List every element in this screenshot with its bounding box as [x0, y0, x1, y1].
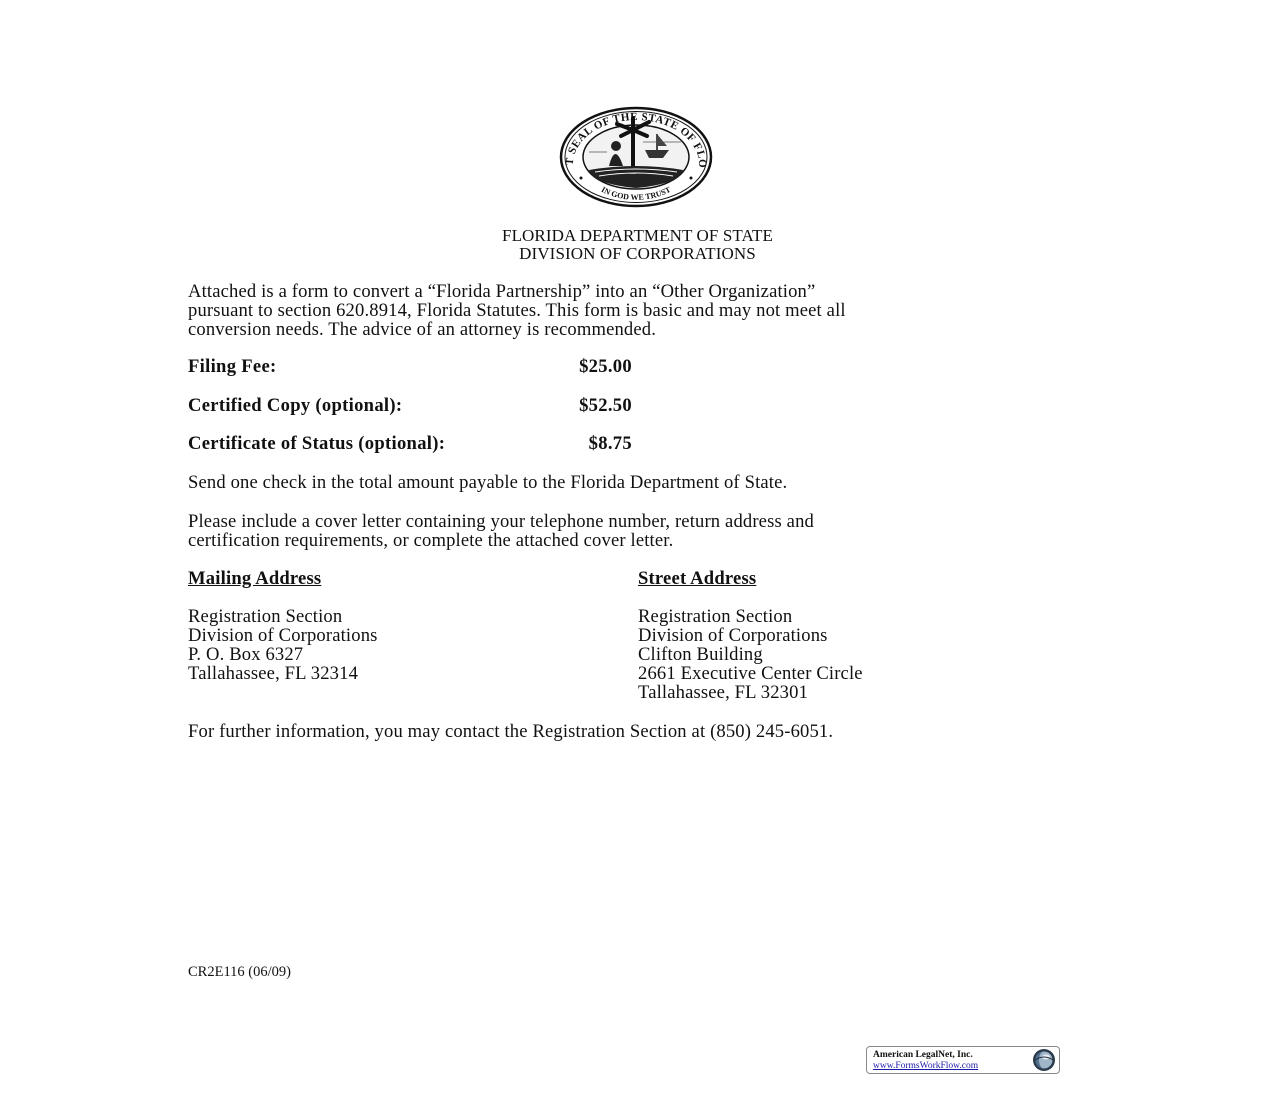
- address-line: Registration Section: [638, 607, 863, 626]
- fee-amount: $52.50: [579, 396, 632, 416]
- address-line: Tallahassee, FL 32301: [638, 683, 863, 702]
- globe-icon: [1032, 1048, 1056, 1072]
- contact-note: For further information, you may contact…: [188, 722, 833, 741]
- street-address-heading: Street Address: [638, 569, 863, 588]
- address-line: Division of Corporations: [638, 626, 863, 645]
- address-line: Division of Corporations: [188, 626, 378, 645]
- fee-label: Certified Copy (optional):: [188, 396, 402, 416]
- mailing-address-heading: Mailing Address: [188, 569, 378, 588]
- intro-paragraph: Attached is a form to convert a “Florida…: [188, 282, 846, 339]
- address-line: Registration Section: [188, 607, 378, 626]
- footer-badge[interactable]: American LegalNet, Inc. www.FormsWorkFlo…: [866, 1046, 1060, 1074]
- address-line: Tallahassee, FL 32314: [188, 664, 378, 683]
- intro-line: pursuant to section 620.8914, Florida St…: [188, 301, 846, 320]
- department-heading: FLORIDA DEPARTMENT OF STATE: [0, 227, 1275, 245]
- intro-line: conversion needs. The advice of an attor…: [188, 320, 846, 339]
- division-heading: DIVISION OF CORPORATIONS: [0, 245, 1275, 263]
- cover-letter-note: Please include a cover letter containing…: [188, 512, 814, 550]
- fee-label: Certificate of Status (optional):: [188, 434, 445, 454]
- payment-note: Send one check in the total amount payab…: [188, 473, 787, 492]
- cover-letter-line: Please include a cover letter containing…: [188, 512, 814, 531]
- address-line: Clifton Building: [638, 645, 863, 664]
- fee-label: Filing Fee:: [188, 357, 277, 377]
- badge-company-name: American LegalNet, Inc.: [873, 1050, 973, 1060]
- address-line: P. O. Box 6327: [188, 645, 378, 664]
- intro-line: Attached is a form to convert a “Florida…: [188, 282, 846, 301]
- form-code: CR2E116 (06/09): [188, 964, 291, 980]
- fee-amount: $25.00: [579, 357, 632, 377]
- florida-state-seal: GREAT SEAL OF THE STATE OF FLORIDA IN GO…: [559, 106, 713, 208]
- mailing-address-block: Mailing Address Registration Section Div…: [188, 569, 378, 683]
- address-line: 2661 Executive Center Circle: [638, 664, 863, 683]
- street-address-block: Street Address Registration Section Divi…: [638, 569, 863, 702]
- cover-letter-line: certification requirements, or complete …: [188, 531, 814, 550]
- fee-amount: $8.75: [589, 434, 632, 454]
- badge-url-link[interactable]: www.FormsWorkFlow.com: [873, 1061, 978, 1071]
